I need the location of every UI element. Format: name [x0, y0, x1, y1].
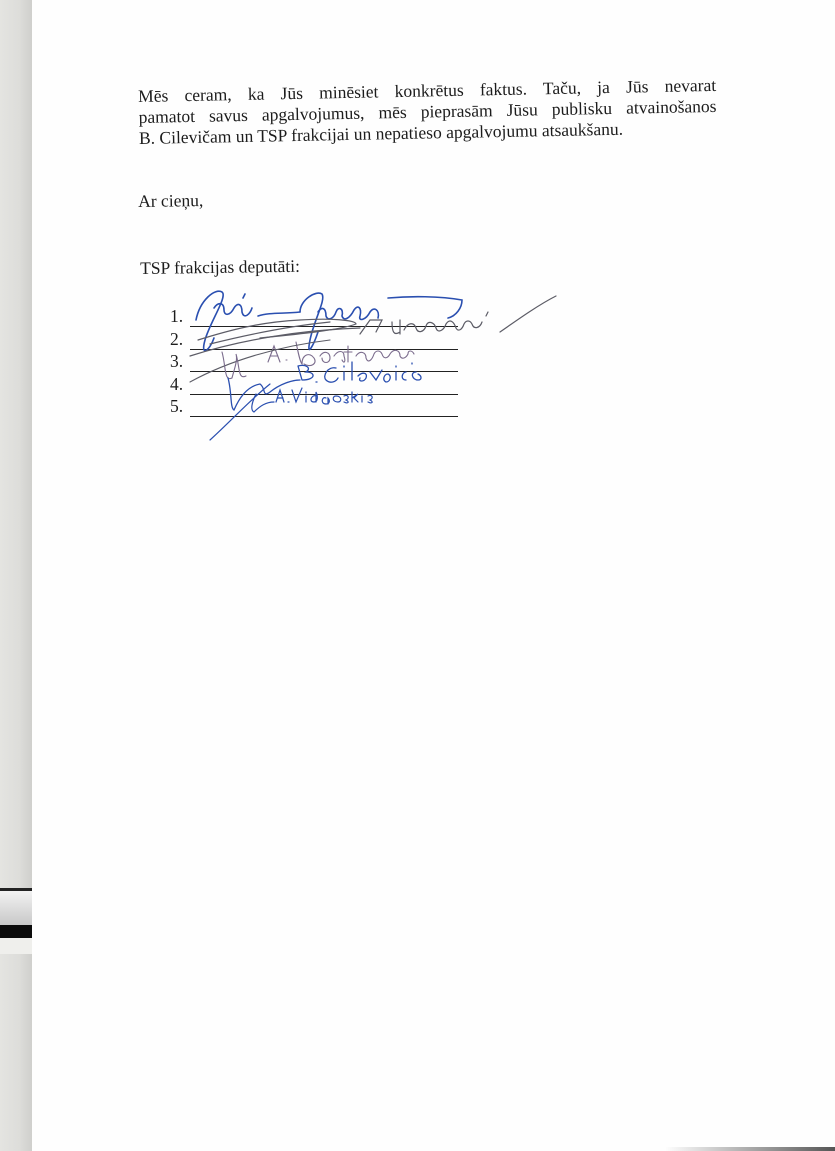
signature-number: 1. [170, 306, 183, 327]
signature-number: 3. [170, 351, 183, 372]
closing-salutation: Ar cieņu, [138, 190, 203, 212]
document-page [32, 0, 835, 1151]
binder-clip [0, 888, 32, 954]
signature-line: 3. [170, 351, 470, 374]
signature-line: 4. [170, 374, 470, 397]
signature-line: 2. [170, 329, 470, 352]
signature-number: 5. [170, 396, 183, 417]
scanner-edge [0, 0, 32, 1151]
body-paragraph: Mēs ceram, ka Jūs minēsiet konkrētus fak… [138, 75, 717, 149]
signature-number: 4. [170, 374, 183, 395]
signatories-heading: TSP frakcijas deputāti: [140, 256, 300, 279]
signature-line: 5. [170, 396, 470, 419]
page-edge-shadow [665, 1147, 835, 1151]
signature-line: 1. [170, 306, 470, 329]
signature-number: 2. [170, 329, 183, 350]
signature-list: 1. 2. 3. 4. 5. [170, 306, 470, 419]
